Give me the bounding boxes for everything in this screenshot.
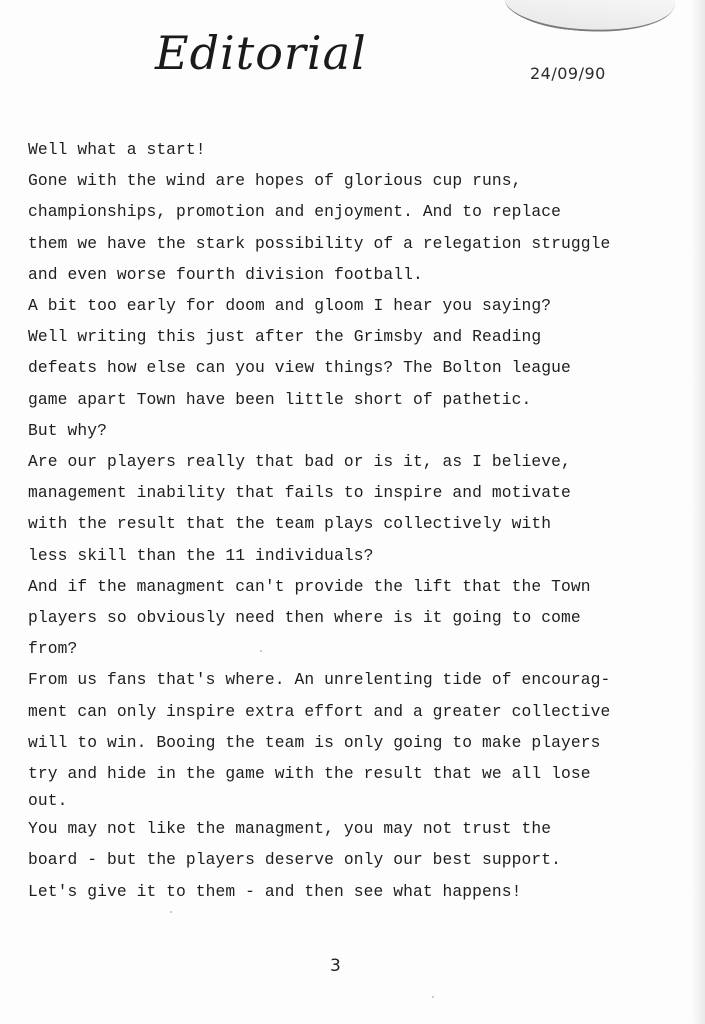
scan-speck: [170, 911, 172, 913]
text-line: management inability that fails to inspi…: [28, 477, 688, 508]
text-line: and even worse fourth division football.: [28, 259, 688, 290]
text-line: defeats how else can you view things? Th…: [28, 352, 688, 383]
text-line: A bit too early for doom and gloom I hea…: [28, 290, 688, 321]
text-line: You may not like the managment, you may …: [28, 813, 688, 844]
text-line: will to win. Booing the team is only goi…: [28, 727, 688, 758]
text-line: game apart Town have been little short o…: [28, 384, 688, 415]
text-line: Let's give it to them - and then see wha…: [28, 876, 688, 907]
text-line: less skill than the 11 individuals?: [28, 540, 688, 571]
text-line: Are our players really that bad or is it…: [28, 446, 688, 477]
page-title: Editorial: [155, 26, 367, 80]
text-line: From us fans that's where. An unrelentin…: [28, 664, 688, 695]
text-line: out.: [28, 789, 688, 813]
text-line: players so obviously need then where is …: [28, 602, 688, 633]
text-line: And if the managment can't provide the l…: [28, 571, 688, 602]
text-line: Well what a start!: [28, 134, 688, 165]
text-line: board - but the players deserve only our…: [28, 844, 688, 875]
text-line: Well writing this just after the Grimsby…: [28, 321, 688, 352]
editorial-body: Well what a start! Gone with the wind ar…: [28, 134, 688, 907]
page-number: 3: [330, 956, 341, 976]
text-line: Gone with the wind are hopes of glorious…: [28, 165, 688, 196]
text-line: ment can only inspire extra effort and a…: [28, 696, 688, 727]
text-line: But why?: [28, 415, 688, 446]
scan-speck: [260, 650, 262, 652]
text-line: try and hide in the game with the result…: [28, 758, 688, 789]
page-edge-shadow: [691, 0, 705, 1024]
text-line: championships, promotion and enjoyment. …: [28, 196, 688, 227]
scanned-page: Editorial 24/09/90 Well what a start! Go…: [0, 0, 705, 1024]
text-line: from?: [28, 633, 688, 664]
text-line: with the result that the team plays coll…: [28, 508, 688, 539]
scan-speck: [432, 996, 434, 998]
publication-date: 24/09/90: [530, 64, 606, 83]
page-curl-decoration: [502, 0, 678, 41]
text-line: them we have the stark possibility of a …: [28, 228, 688, 259]
